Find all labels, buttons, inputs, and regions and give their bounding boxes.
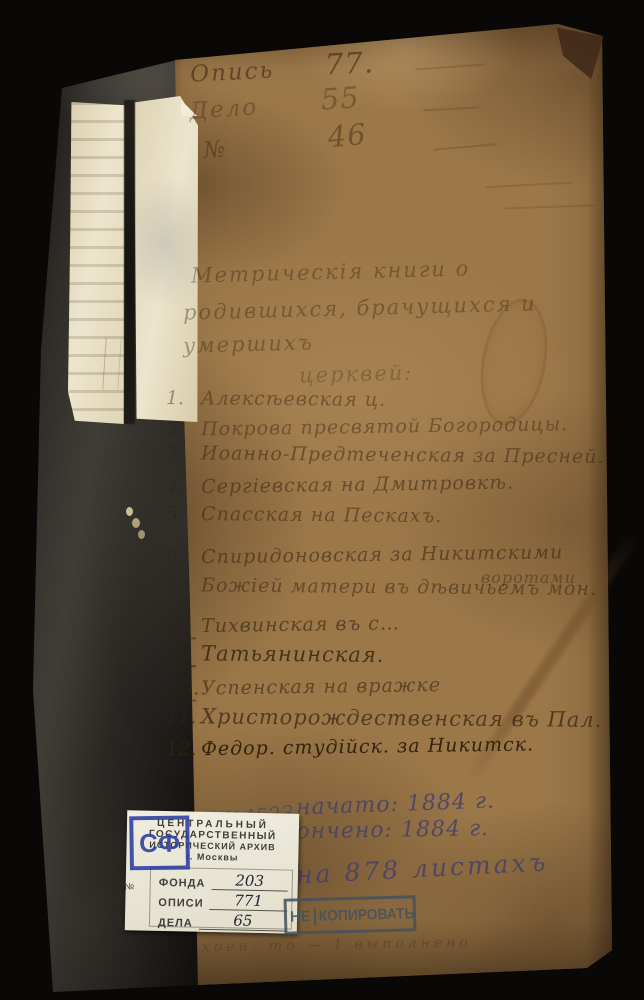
church-name: Христорождественская въ Пал.: [201, 704, 602, 732]
faint-scribble: [433, 143, 497, 151]
church-name: Иоанно-Предтеченская за Пресней.: [201, 442, 605, 468]
church-number: 6.: [166, 546, 196, 568]
church-list-item: 10. Успенская на вражке: [166, 674, 616, 706]
title-line-3: умершихъ: [183, 330, 314, 357]
church-list-item: 3. Иоанно-Предтеченская за Пресней.: [166, 444, 616, 474]
church-name: Сергіевская на Дмитровкѣ.: [201, 472, 514, 498]
archive-field-label: ФОНДА: [159, 877, 206, 890]
church-number: 2.: [166, 418, 196, 440]
church-list-item: 11. Христорождественская въ Пал.: [166, 706, 616, 736]
church-number: 1.: [166, 387, 196, 409]
church-name: Тихвинская въ с…: [201, 612, 400, 637]
church-name: Татьянинская.: [201, 641, 385, 667]
finished-value: 1884 г.: [401, 816, 490, 843]
inventory-side-stamp: №: [123, 882, 138, 917]
title-line-4: церквей:: [299, 361, 414, 388]
archive-fields-box: ФОНДА 203 ОПИСИ 771 ДЕЛА 65: [149, 867, 293, 930]
tape-crack: [124, 100, 135, 424]
no-copy-word-2: КОПИРОВАТЬ: [316, 905, 415, 925]
no-copy-word-1: НЕ: [287, 907, 316, 925]
church-list-item: 4. Сергіевская на Дмитровкѣ.: [166, 474, 616, 504]
side-stamp-text: №: [124, 881, 134, 892]
church-name: Федор. студійск. за Никитск.: [201, 733, 534, 760]
church-name: Успенская на вражке: [201, 674, 441, 699]
church-number: 12.: [166, 738, 196, 760]
church-list-item: 9. Татьянинская.: [166, 642, 616, 674]
number-label: №: [202, 136, 228, 164]
top-handwritten-notes: Опись 77. Дело 55 № 46: [185, 46, 615, 216]
archive-field-row: ОПИСИ 771: [158, 890, 287, 912]
archive-field-label: ДЕЛА: [158, 917, 193, 930]
church-name: Алексѣевская ц.: [201, 387, 386, 411]
church-number: 7.: [166, 574, 196, 596]
church-number: 5.: [166, 503, 196, 525]
church-number: 4.: [166, 476, 196, 498]
number-note: № 46: [202, 117, 368, 165]
archive-field-value: 203: [211, 871, 288, 892]
church-number: 10.: [166, 676, 196, 702]
archive-field-row: ФОНДА 203: [159, 870, 288, 892]
archive-field-value: 771: [209, 891, 287, 912]
delo-label: Дело: [189, 94, 259, 125]
opis-label: Опись: [190, 57, 275, 87]
photo-of-archive-book-cover: Опись 77. Дело 55 № 46 Метрическія книги…: [0, 0, 644, 1000]
church-name: Покрова пресвятой Богородицы.: [201, 413, 568, 440]
archive-field-label: ОПИСИ: [158, 897, 203, 910]
number-value: 46: [326, 117, 368, 154]
finished-note: окончено: 1884 г.: [268, 816, 489, 845]
archive-field-value: 65: [199, 911, 288, 932]
faint-underline: [503, 204, 595, 209]
opis-value: 77.: [324, 45, 375, 82]
spine-speck: [126, 507, 133, 516]
faint-scribble: [423, 107, 479, 112]
spine-speck: [138, 530, 145, 539]
church-number: 3.: [166, 442, 196, 464]
church-name: Божіей матери въ дѣвичьемъ мон.: [201, 574, 597, 599]
church-list-item: 12. Федор. студійск. за Никитск.: [166, 736, 616, 758]
church-name: Спасская на Пескахъ.: [201, 503, 442, 527]
archive-label: ЦЕНТРАЛЬНЫЙ ГОСУДАРСТВЕННЫЙ ИСТОРИЧЕСКИЙ…: [125, 810, 299, 934]
sf-stamp-text: СФ: [139, 827, 180, 859]
sf-stamp: СФ: [129, 815, 190, 870]
started-value: 1884 г.: [406, 789, 495, 817]
church-list-item: 8. Тихвинская въ с…: [166, 612, 616, 642]
faint-underline: [485, 182, 571, 188]
archive-field-row: ДЕЛА 65: [158, 910, 287, 932]
church-number: 9.: [166, 641, 196, 667]
faint-scribble: [415, 64, 485, 71]
church-name: Спиридоновская за Никитскими: [201, 541, 563, 568]
church-list-item: 5. Спасская на Пескахъ.: [166, 504, 616, 544]
spine-paper-tape: [68, 96, 198, 428]
delo-value: 55: [320, 80, 361, 117]
church-number: 11.: [166, 706, 196, 728]
church-list-item: 2. Покрова пресвятой Богородицы.: [166, 416, 616, 444]
started-label: начато:: [296, 792, 400, 821]
church-list-item: 1. Алексѣевская ц.: [166, 388, 616, 416]
church-number: 8.: [166, 613, 196, 639]
spine-speck: [132, 518, 140, 528]
church-list-item: 6. Спиридоновская за Никитскими воротами: [166, 544, 616, 576]
no-copy-stamp: НЕ КОПИРОВАТЬ: [284, 895, 417, 934]
church-list-item: 7. Божіей матери въ дѣвичьемъ мон.: [166, 576, 616, 612]
church-list: 1. Алексѣевская ц. 2. Покрова пресвятой …: [166, 388, 616, 758]
